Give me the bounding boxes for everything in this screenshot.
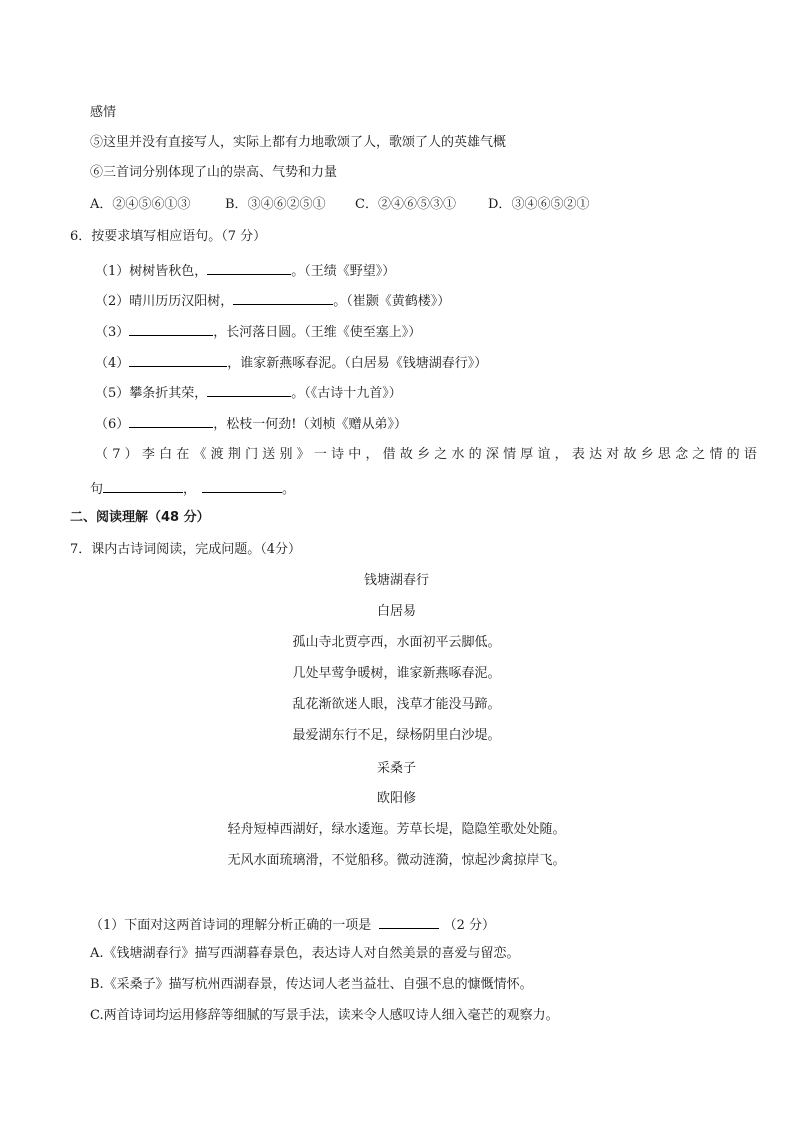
- q7-sub1-option-a: A.《钱塘湖春行》描写西湖暮春景色，表达诗人对自然美景的喜爱与留恋。: [90, 945, 520, 963]
- answer-blank-4[interactable]: [129, 352, 227, 367]
- q5-option-c: C．②④⑥⑤③①: [355, 196, 488, 214]
- q6-item-5: （5）攀条折其荣，。（《古诗十九首》）: [95, 382, 402, 403]
- q7-title: 7．课内古诗词阅读，完成问题。（4分）: [70, 541, 301, 559]
- poem1-line-2: 几处早莺争暖树，谁家新燕啄春泥。: [0, 665, 793, 683]
- answer-blank-2[interactable]: [233, 290, 333, 305]
- q7-sub1-prompt: （1）下面对这两首诗词的理解分析正确的一项是 （2 分）: [90, 914, 495, 935]
- poem1-line-4: 最爱湖东行不足，绿杨阴里白沙堤。: [0, 727, 793, 745]
- answer-blank-q7-1[interactable]: [379, 914, 439, 929]
- poem1-title: 钱塘湖春行: [0, 572, 793, 590]
- q6-item-4: （4），谁家新燕啄春泥。（白居易《钱塘湖春行》）: [95, 352, 487, 373]
- poem2-title: 采桑子: [0, 760, 793, 778]
- poem1-line-1: 孤山寺北贾亭西，水面初平云脚低。: [0, 634, 793, 652]
- q5-item-5: ⑤这里并没有直接写人，实际上都有力地歌颂了人，歌颂了人的英雄气概: [90, 134, 506, 152]
- q6-item-6: （6），松枝一何劲!（刘桢《赠从弟》）: [95, 413, 407, 434]
- q6-item-7-line2: 句，。: [90, 478, 295, 499]
- poem2-author: 欧阳修: [0, 790, 793, 808]
- q5-options: A．②④⑤⑥①③B．③④⑥②⑤①C．②④⑥⑤③①D．③④⑥⑤②①: [90, 196, 589, 214]
- q5-option-d: D．③④⑥⑤②①: [488, 196, 589, 214]
- q6-item-2: （2）晴川历历汉阳树，。（崔颢《黄鹤楼》）: [95, 290, 450, 311]
- answer-blank-7b[interactable]: [202, 478, 282, 493]
- q6-item-7-line1: （7）李白在《渡荆门送别》一诗中，借故乡之水的深情厚谊，表达对故乡思念之情的语: [95, 446, 761, 464]
- q6-item-1: （1）树树皆秋色，。（王绩《野望》）: [95, 260, 395, 281]
- q6-item-3: （3），长河落日圆。（王维《使至塞上》）: [95, 321, 421, 342]
- section-heading-reading: 二、阅读理解（48 分）: [70, 509, 210, 527]
- q5-item-6: ⑥三首词分别体现了山的崇高、气势和力量: [90, 164, 337, 182]
- q7-sub1-option-b: B.《采桑子》描写杭州西湖春景，传达词人老当益壮、自强不息的慷慨情怀。: [90, 976, 533, 994]
- poem1-author: 白居易: [0, 603, 793, 621]
- q5-continuation: 感情: [90, 104, 116, 122]
- answer-blank-1[interactable]: [207, 260, 291, 275]
- answer-blank-3[interactable]: [129, 321, 213, 336]
- q5-option-b: B．③④⑥②⑤①: [225, 196, 355, 214]
- q6-title: 6．按要求填写相应语句。（7 分）: [70, 228, 266, 246]
- answer-blank-6[interactable]: [129, 413, 213, 428]
- poem1-line-3: 乱花渐欲迷人眼，浅草才能没马蹄。: [0, 696, 793, 714]
- q5-option-a: A．②④⑤⑥①③: [90, 196, 225, 214]
- poem2-line-2: 无风水面琉璃滑，不觉船移。微动涟漪，惊起沙禽掠岸飞。: [0, 852, 793, 870]
- answer-blank-5[interactable]: [207, 382, 291, 397]
- poem2-line-1: 轻舟短棹西湖好，绿水逶迤。芳草长堤，隐隐笙歌处处随。: [0, 821, 793, 839]
- answer-blank-7a[interactable]: [103, 478, 183, 493]
- q7-sub1-option-c: C.两首诗词均运用修辞等细腻的写景手法，读来令人感叹诗人细入毫芒的观察力。: [90, 1007, 559, 1025]
